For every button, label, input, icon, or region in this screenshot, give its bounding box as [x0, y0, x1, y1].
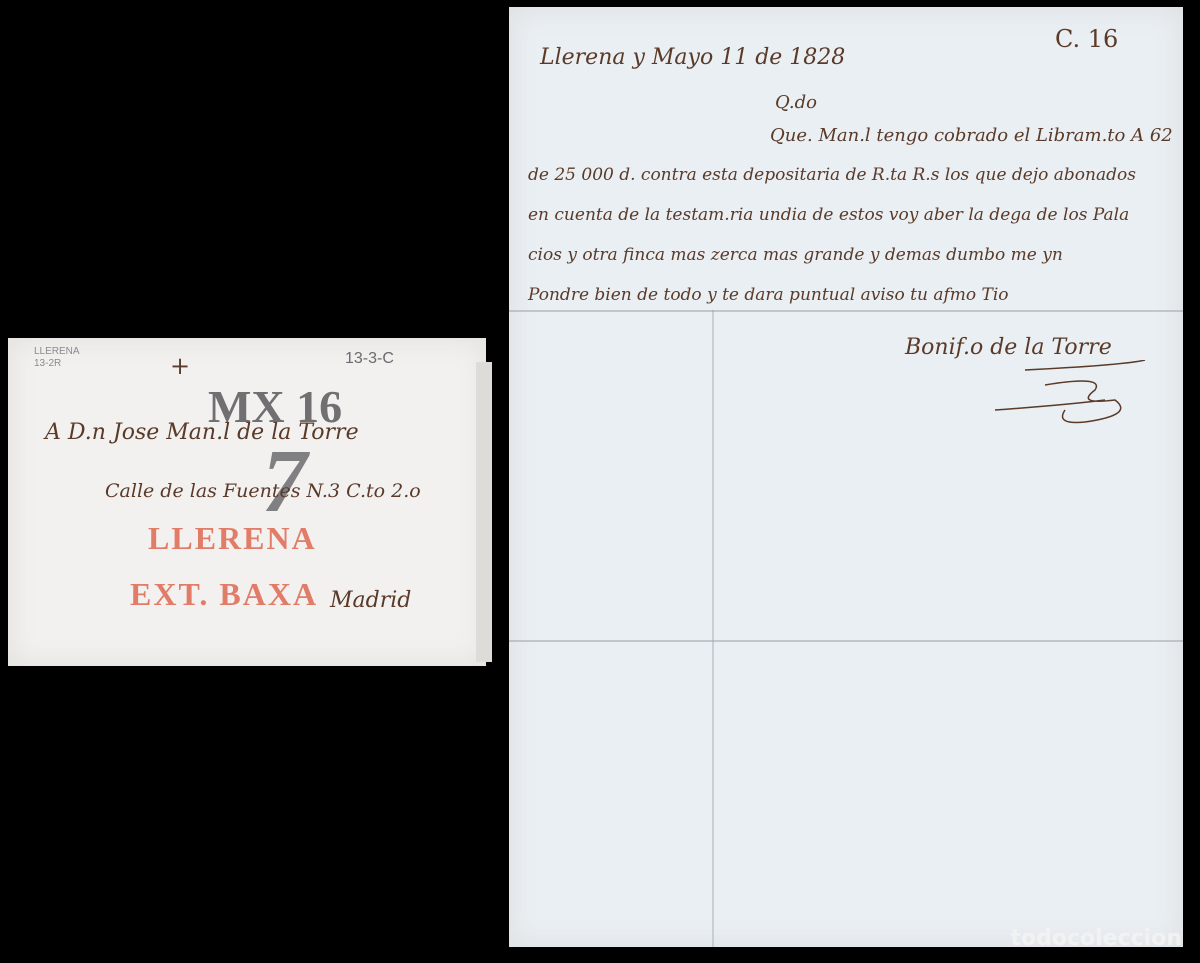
signature: Bonif.o de la Torre: [905, 335, 1112, 360]
letter-header-date: Llerena y Mayo 11 de 1828: [540, 45, 845, 70]
pencil-note-right: 13-3-C: [345, 350, 394, 368]
corner-mark: C. 16: [1055, 25, 1118, 53]
fold-line-horizontal: [509, 310, 1183, 312]
body-line: cios y otra finca mas zerca mas grande y…: [528, 245, 1063, 265]
red-cancel-llerena: LLERENA: [148, 520, 317, 557]
fold-line-vertical: [712, 310, 714, 947]
cross-mark: +: [170, 352, 190, 380]
address-line-1: A D.n Jose Man.l de la Torre: [45, 420, 359, 445]
body-line: de 25 000 d. contra esta depositaria de …: [528, 165, 1136, 185]
address-line-2: Calle de las Fuentes N.3 C.to 2.o: [105, 480, 421, 502]
pencil-note-line: LLERENA: [34, 346, 80, 358]
fold-line-horizontal: [509, 640, 1183, 642]
red-cancel-ext-baxa: EXT. BAXA: [130, 576, 318, 613]
body-line: Que. Man.l tengo cobrado el Libram.to A …: [770, 125, 1173, 146]
salutation: Q.do: [775, 92, 817, 113]
cover-folded-edge: [476, 362, 492, 662]
pencil-note-left: LLERENA 13-2R: [34, 346, 80, 370]
pencil-note-line: 13-2R: [34, 358, 80, 370]
signature-rubric-icon: [985, 360, 1155, 430]
body-line: Pondre bien de todo y te dara puntual av…: [528, 285, 1009, 305]
address-city: Madrid: [330, 588, 411, 613]
watermark-text: todocoleccion: [1010, 926, 1182, 951]
body-line: en cuenta de la testam.ria undia de esto…: [528, 205, 1129, 225]
letter-sheet: [509, 7, 1183, 947]
